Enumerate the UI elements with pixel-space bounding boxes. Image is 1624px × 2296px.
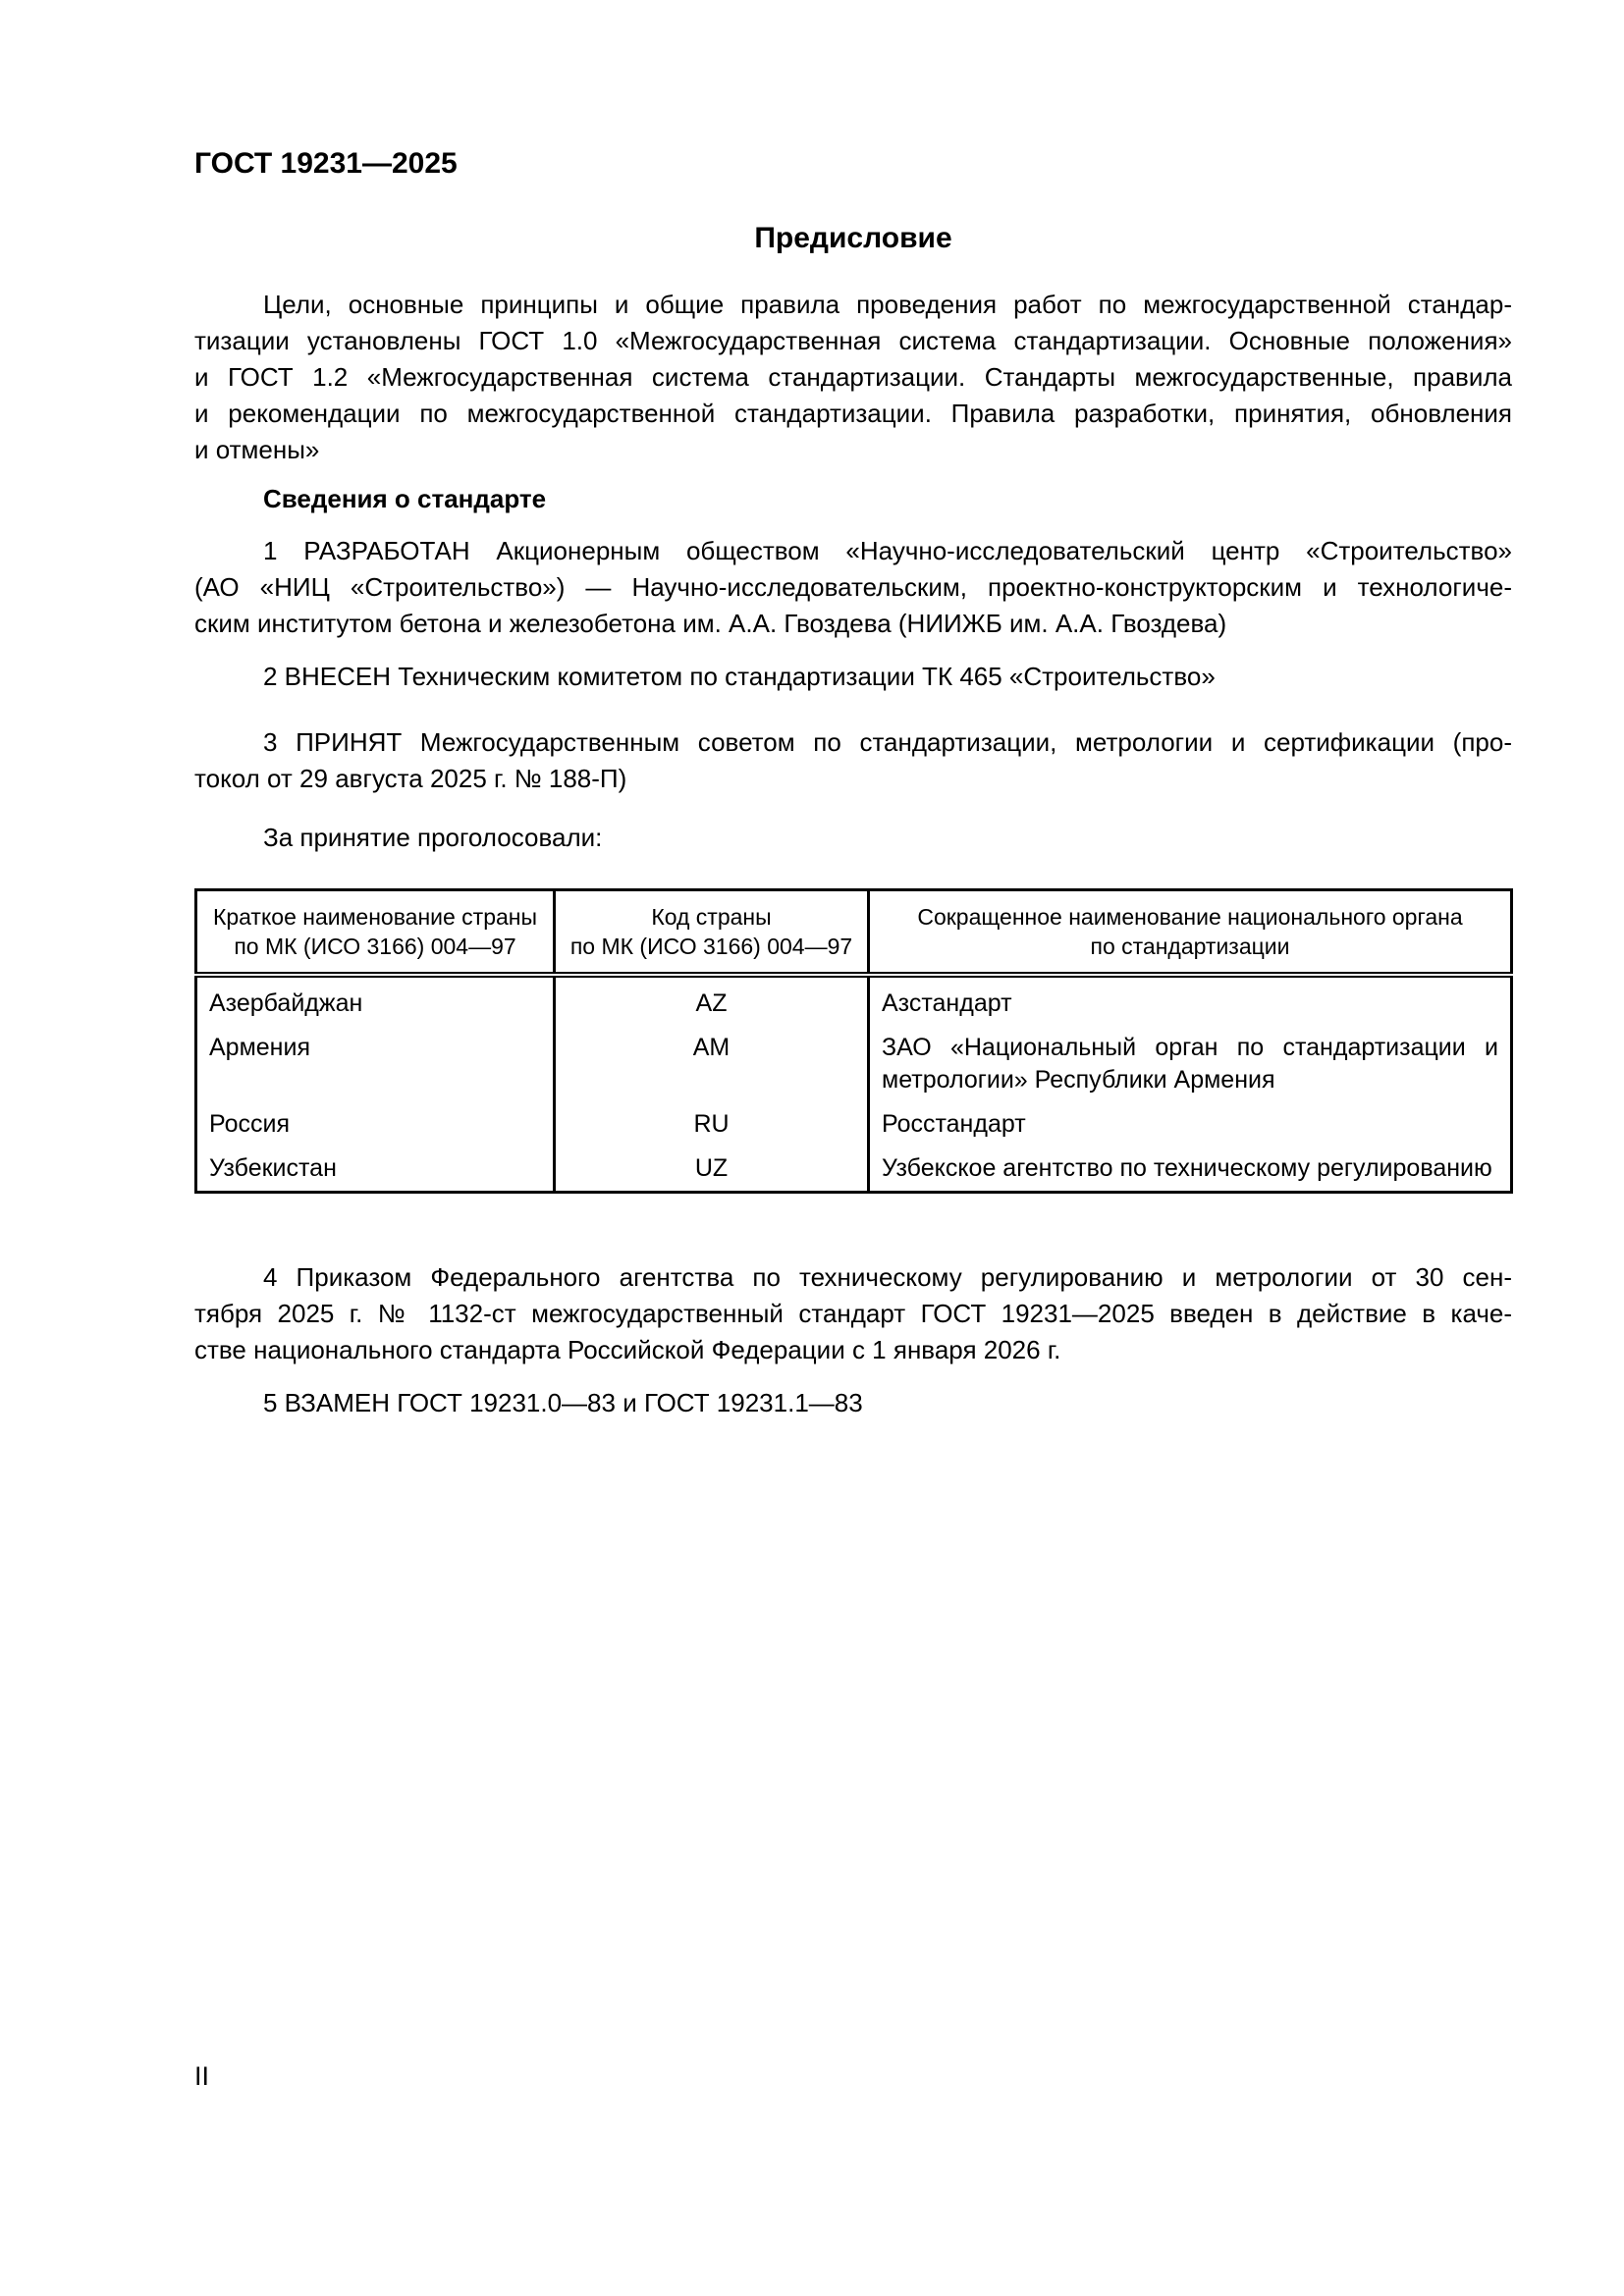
column-header-org: Сокращенное наименование национального о… xyxy=(869,890,1512,976)
paragraph-line: Цели, основные принципы и общие правила … xyxy=(194,287,1512,323)
table-row: Узбекистан UZ Узбекское агентство по тех… xyxy=(196,1147,1512,1193)
paragraph-line: 4 Приказом Федерального агентства по тех… xyxy=(194,1259,1512,1296)
paragraph-line: и отмены» xyxy=(194,432,1512,468)
paragraph-line: стве национального стандарта Российской … xyxy=(194,1332,1512,1368)
paragraph-line: тизации установлены ГОСТ 1.0 «Межгосудар… xyxy=(194,323,1512,359)
cell-code: AZ xyxy=(555,975,869,1026)
document-page: ГОСТ 19231—2025 Предисловие Цели, основн… xyxy=(0,0,1624,2296)
table-header-row: Краткое наименование страны по МК (ИСО 3… xyxy=(196,890,1512,976)
paragraph-line: 5 ВЗАМЕН ГОСТ 19231.0—83 и ГОСТ 19231.1—… xyxy=(194,1385,1512,1421)
cell-code: UZ xyxy=(555,1147,869,1193)
paragraph-line: 1 РАЗРАБОТАН Акционерным обществом «Науч… xyxy=(194,533,1512,569)
paragraph-line: За принятие проголосовали: xyxy=(194,820,1512,856)
paragraph-line: 3 ПРИНЯТ Межгосударственным советом по с… xyxy=(194,724,1512,761)
paragraph-line: ским институтом бетона и железобетона им… xyxy=(194,606,1512,642)
voting-intro: За принятие проголосовали: xyxy=(194,820,1512,856)
voting-table: Краткое наименование страны по МК (ИСО 3… xyxy=(194,888,1513,1194)
paragraph-line: (АО «НИЦ «Строительство») — Научно-иссле… xyxy=(194,569,1512,606)
page-title: Предисловие xyxy=(194,224,1512,253)
cell-country: Россия xyxy=(196,1102,555,1147)
table-row: Армения AM ЗАО «Национальный орган по ст… xyxy=(196,1026,1512,1102)
item-submitted: 2 ВНЕСЕН Техническим комитетом по станда… xyxy=(194,659,1512,695)
cell-org: Азстандарт xyxy=(869,975,1512,1026)
page-number: II xyxy=(194,2061,209,2091)
item-replaces: 5 ВЗАМЕН ГОСТ 19231.0—83 и ГОСТ 19231.1—… xyxy=(194,1385,1512,1421)
cell-country: Азербайджан xyxy=(196,975,555,1026)
paragraph-line: и ГОСТ 1.2 «Межгосударственная система с… xyxy=(194,359,1512,396)
paragraph-line: токол от 29 августа 2025 г. № 188-П) xyxy=(194,761,1512,797)
table-row: Россия RU Росстандарт xyxy=(196,1102,1512,1147)
cell-country: Узбекистан xyxy=(196,1147,555,1193)
document-designation: ГОСТ 19231—2025 xyxy=(194,149,1512,179)
cell-org: Росстандарт xyxy=(869,1102,1512,1147)
paragraph-line: тября 2025 г. № 1132-ст межгосударственн… xyxy=(194,1296,1512,1332)
paragraph-line: 2 ВНЕСЕН Техническим комитетом по станда… xyxy=(194,659,1512,695)
standard-info-heading: Сведения о стандарте xyxy=(194,481,1512,517)
cell-code: AM xyxy=(555,1026,869,1102)
item-developed: 1 РАЗРАБОТАН Акционерным обществом «Науч… xyxy=(194,533,1512,642)
item-adopted: 3 ПРИНЯТ Межгосударственным советом по с… xyxy=(194,724,1512,797)
cell-org: Узбекское агентство по техническому регу… xyxy=(869,1147,1512,1193)
intro-paragraph: Цели, основные принципы и общие правила … xyxy=(194,287,1512,468)
column-header-code: Код страны по МК (ИСО 3166) 004—97 xyxy=(555,890,869,976)
cell-org: ЗАО «Национальный орган по стандартизаци… xyxy=(869,1026,1512,1102)
voting-table-header: Краткое наименование страны по МК (ИСО 3… xyxy=(196,890,1512,976)
cell-code: RU xyxy=(555,1102,869,1147)
paragraph-line: и рекомендации по межгосударственной ста… xyxy=(194,396,1512,432)
item-enacted: 4 Приказом Федерального агентства по тех… xyxy=(194,1259,1512,1368)
table-row: Азербайджан AZ Азстандарт xyxy=(196,975,1512,1026)
cell-country: Армения xyxy=(196,1026,555,1102)
voting-table-body: Азербайджан AZ Азстандарт Армения AM ЗАО… xyxy=(196,975,1512,1193)
column-header-country: Краткое наименование страны по МК (ИСО 3… xyxy=(196,890,555,976)
